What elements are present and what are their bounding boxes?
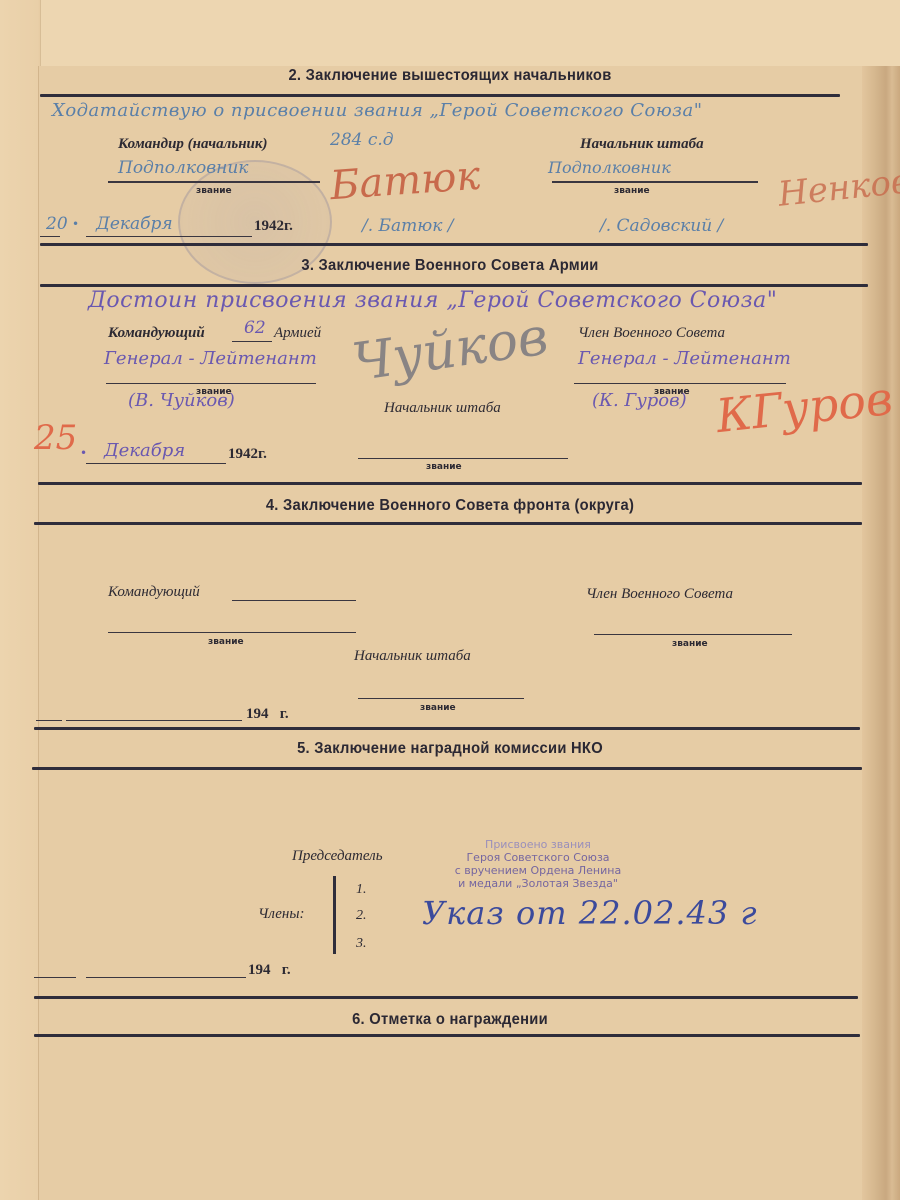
section-5-members-label: Члены: (258, 906, 305, 923)
stamp-line-1: Присвоено звания (418, 838, 658, 851)
section-2-commander-unit: 284 с.д (330, 130, 394, 150)
section-4-council-member-label: Член Военного Совета (586, 586, 733, 603)
section-4-heading: 4. Заключение Военного Совета фронта (ок… (36, 497, 864, 515)
section-3-date-dot: • (80, 446, 87, 460)
section-3-council-member-rank-line (574, 383, 786, 384)
section-5-member-2: 2. (356, 908, 367, 924)
section-3-top-rule (40, 284, 868, 287)
section-3-council-member-label: Член Военного Совета (578, 325, 725, 342)
section-3-date-month-line (86, 463, 226, 464)
section-2-date-day: 20 (46, 214, 68, 234)
section-4-commander-line (232, 600, 356, 601)
section-2-chief-rank-caption: звание (614, 186, 650, 196)
section-2-date-day-line (40, 236, 60, 237)
section-5-member-1: 1. (356, 882, 367, 898)
section-2-commander-rank-line (108, 181, 320, 183)
section-5-date-month-line (86, 977, 246, 978)
section-3-date-month: Декабря (104, 440, 185, 461)
stamp-line-3: с вручением Ордена Ленина (418, 864, 658, 877)
section-4-council-rank-caption: звание (672, 639, 708, 649)
section-5-members-bracket (333, 876, 336, 954)
section-3-heading: 3. Заключение Военного Совета Армии (36, 257, 864, 275)
section-6-heading: 6. Отметка о награждении (36, 1011, 864, 1029)
section-3-bottom-rule (38, 482, 862, 485)
section-4-commander-label: Командующий (108, 584, 200, 601)
stamp-line-2: Героя Советского Союза (418, 851, 658, 864)
page-edge-shadow (862, 66, 900, 1200)
section-2-commander-name: /. Батюк / (362, 216, 454, 236)
section-3-recommendation: Достоин присвоения звания „Герой Советск… (88, 288, 777, 313)
section-3-army-number: 62 (244, 318, 266, 338)
section-2-date-year: 1942г. (254, 218, 293, 235)
section-5-decree-note: Указ от 22.02.43 г (422, 894, 758, 932)
section-2-commander-rank: Подполковник (118, 158, 248, 178)
stamp-line-4: и медали „Золотая Звезда" (418, 877, 658, 890)
section-4-chief-rank-line (358, 698, 524, 699)
section-3-chief-of-staff-label: Начальник штаба (384, 400, 501, 417)
section-3-commander-label-suffix: Армией (274, 325, 321, 342)
section-4-council-rank-line (594, 634, 792, 635)
section-2-commander-rank-caption: звание (196, 186, 232, 196)
section-4-commander-rank-line (108, 632, 356, 633)
section-5-bottom-rule (34, 996, 858, 999)
section-2-heading: 2. Заключение вышестоящих начальников (36, 67, 864, 85)
section-4-chief-rank-caption: звание (420, 703, 456, 713)
section-4-top-rule (34, 522, 862, 525)
section-6-top-rule (34, 1034, 860, 1037)
section-3-commander-name: (В. Чуйков) (128, 390, 235, 411)
section-4-chief-of-staff-label: Начальник штаба (354, 648, 471, 665)
section-2-recommendation: Ходатайствую о присвоении звания „Герой … (52, 100, 703, 121)
section-3-army-number-line (232, 341, 272, 342)
section-5-heading: 5. Заключение наградной комиссии НКО (36, 740, 864, 758)
section-2-date-month-line (86, 236, 252, 237)
section-3-council-member-rank: Генерал - Лейтенант (578, 348, 791, 369)
section-5-date-year: 194 г. (248, 962, 291, 979)
section-4-date-day-line (36, 720, 62, 721)
section-3-chief-rank-caption: звание (426, 462, 462, 472)
section-2-chief-of-staff-rank: Подполковник (548, 158, 671, 177)
section-4-date-month-line (66, 720, 242, 721)
section-3-council-member-name: (К. Гуров) (592, 390, 687, 411)
section-5-top-rule (32, 767, 862, 770)
section-5-date-day-line (34, 977, 76, 978)
section-3-commander-label-prefix: Командующий (108, 325, 205, 342)
section-3-commander-rank: Генерал - Лейтенант (104, 348, 317, 369)
section-3-date-day: 25 (34, 418, 77, 458)
section-5-award-stamp: Присвоено звания Героя Советского Союза … (418, 838, 658, 890)
section-2-commander-label: Командир (начальник) (118, 136, 268, 153)
section-2-chief-of-staff-label: Начальник штаба (580, 136, 704, 153)
section-3-date-year: 1942г. (228, 446, 267, 463)
section-3-commander-rank-line (106, 383, 316, 384)
section-2-date-dot: • (72, 217, 79, 231)
top-paper-flap (40, 0, 900, 66)
section-2-bottom-rule (40, 243, 868, 246)
section-3-chief-rank-line (358, 458, 568, 459)
section-4-bottom-rule (34, 727, 860, 730)
section-2-chief-rank-line (552, 181, 758, 183)
section-2-chief-of-staff-name: /. Садовский / (600, 216, 723, 236)
section-5-chairman-label: Председатель (292, 848, 383, 865)
section-4-commander-rank-caption: звание (208, 637, 244, 647)
section-5-member-3: 3. (356, 936, 367, 952)
section-2-top-rule (40, 94, 840, 97)
section-2-date-month: Декабря (96, 214, 173, 234)
section-4-date-year: 194 г. (246, 706, 289, 723)
